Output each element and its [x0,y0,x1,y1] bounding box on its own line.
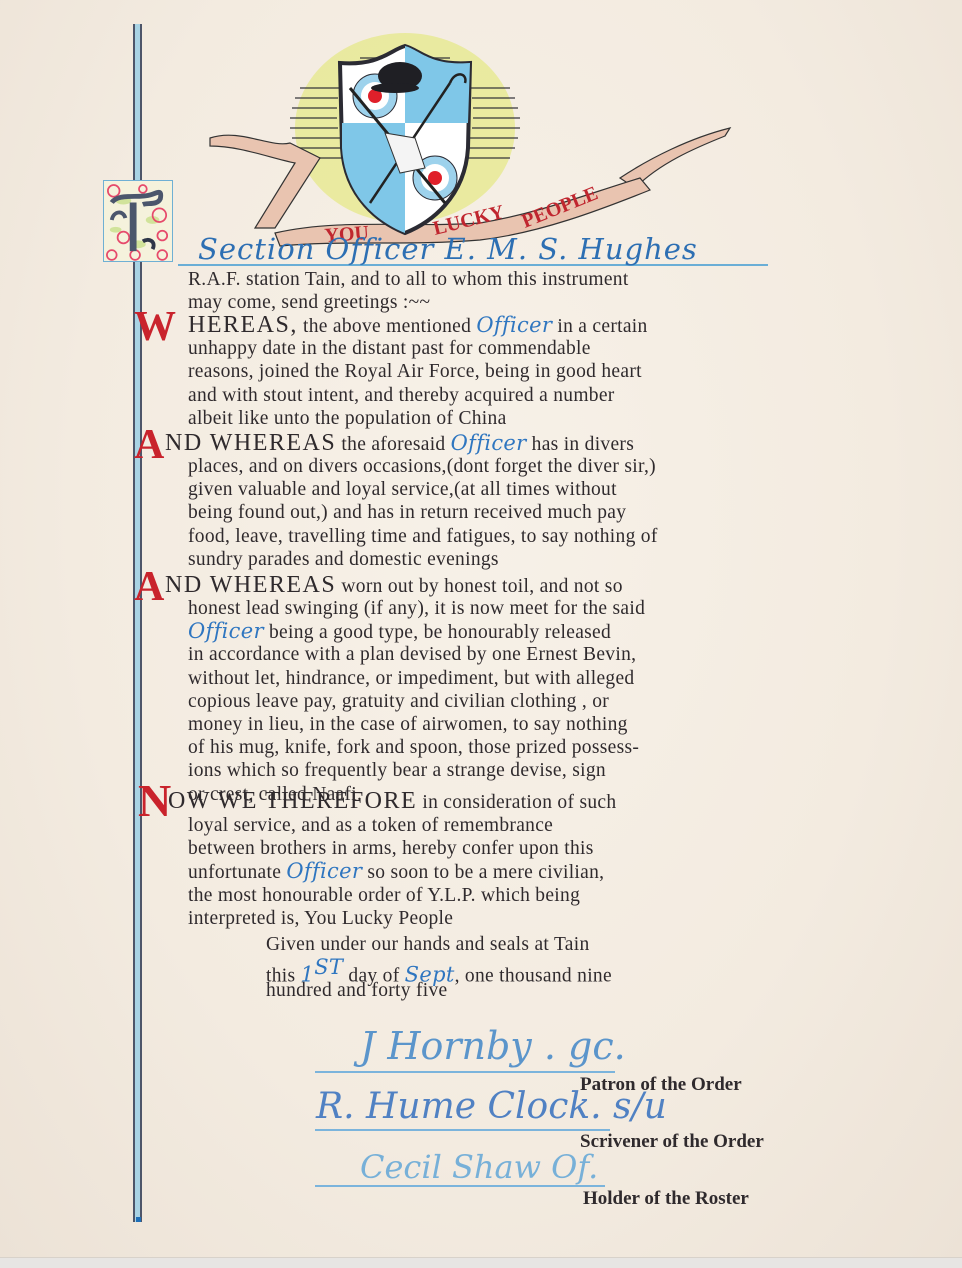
paragraph-therefore-body: loyal service, and as a token of remembr… [188,814,788,930]
title-holder: Holder of the Roster [583,1188,749,1210]
preamble-line-2: may come, send greetings :~~ [188,291,788,314]
signature-scrivener: R. Hume Clock. s/u [316,1086,667,1127]
drop-cap-w: W [134,306,176,348]
drop-cap-a: A [134,566,164,608]
paragraph-therefore: OW WE THEREFORE in consideration of such [168,790,768,813]
floral-initial-t-icon [104,181,172,261]
drop-cap-a: A [134,424,164,466]
paragraph-whereas-3: ND WHEREAS worn out by honest toil, and … [165,574,765,597]
signature-patron: J Hornby . gc. [360,1024,626,1068]
paragraph-whereas-2-body: places, and on divers occasions,(dont fo… [188,455,788,571]
signature-line [315,1071,615,1073]
paragraph-whereas-3-body: honest lead swinging (if any), it is now… [188,597,788,806]
preamble: R.A.F. station Tain, and to all to whom … [188,268,788,314]
recipient-name: Section Officer E. M. S. Hughes [198,232,698,266]
paragraph-lead: HEREAS, [188,312,298,338]
page-bottom-edge [0,1257,962,1268]
title-scrivener: Scrivener of the Order [580,1131,764,1153]
handwritten-rank: Officer [451,431,527,455]
preamble-line-1: R.A.F. station Tain, and to all to whom … [188,268,788,291]
illuminated-initial [103,180,173,262]
signature-holder: Cecil Shaw Of. [360,1148,598,1186]
recipient-name-field: Section Officer E. M. S. Hughes [178,224,768,266]
paragraph-whereas-1: HEREAS, the above mentioned Officer in a… [188,314,788,430]
given-clause: Given under our hands and seals at Tain … [266,933,866,1003]
paragraph-whereas-2: ND WHEREAS the aforesaid Officer has in … [165,432,765,455]
drop-cap-n: N [138,780,171,822]
signature-line [315,1129,610,1131]
handwritten-rank: Officer [188,619,264,643]
paragraph-lead: ND WHEREAS [165,572,336,598]
paragraph-lead: OW WE THEREFORE [168,788,417,814]
paragraph-lead: ND WHEREAS [165,430,336,456]
handwritten-rank: Officer [286,859,362,883]
given-line-1: Given under our hands and seals at Tain [266,933,866,956]
given-line-2: this 1ST day of Sept, one thousand nine [266,956,866,979]
handwritten-rank: Officer [476,313,552,337]
